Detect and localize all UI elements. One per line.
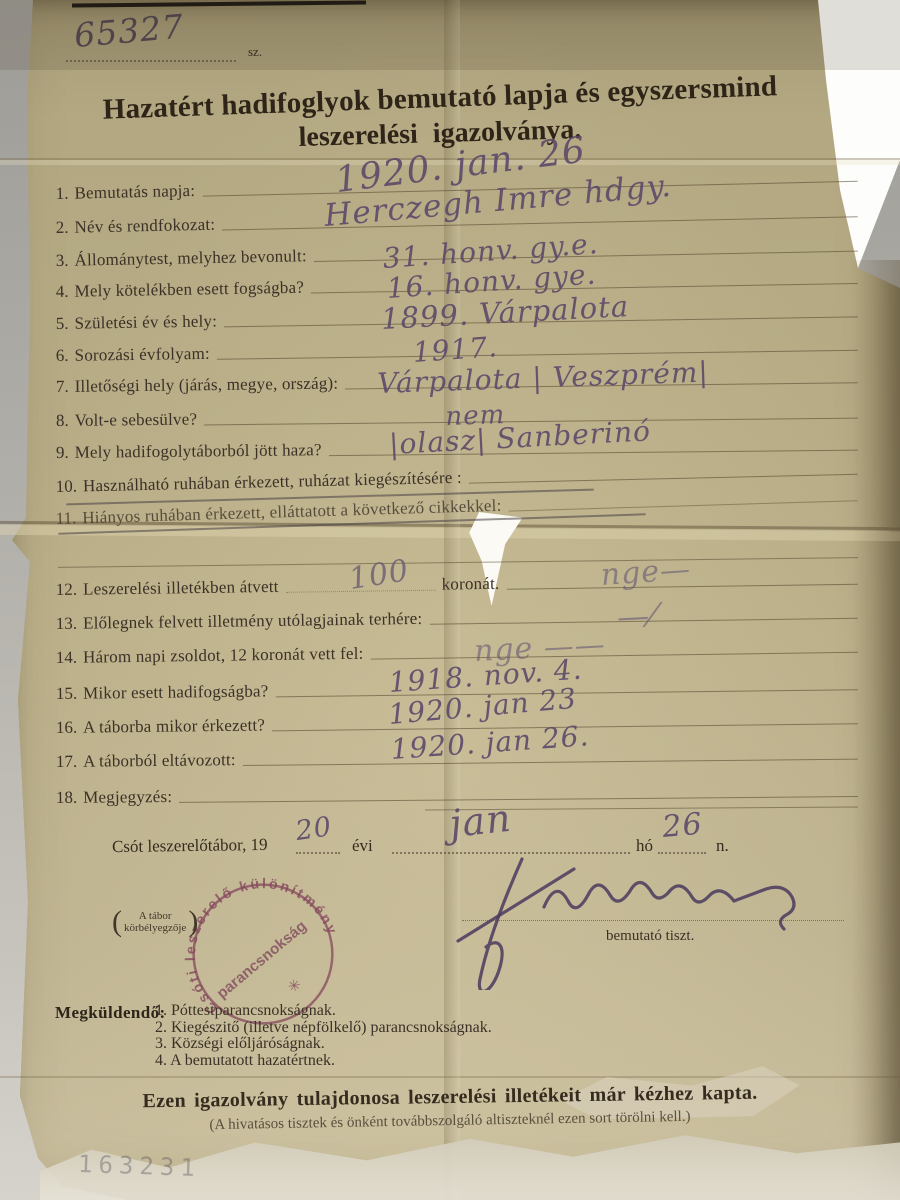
row-number: 2. [56,218,75,238]
row-number: 1. [56,184,75,204]
row-label: Mely hadifogolytáborból jött haza? [75,440,329,463]
stamp-note: ( A tábor körbélyegzője ) [112,905,198,939]
recipient-item: 1. Póttestparancsnokságnak. [155,1003,492,1020]
svg-text:Csóti leszerelő különítmény: Csóti leszerelő különítmény [172,865,351,1019]
rule-line [179,796,858,803]
signature-caption: bemutató tiszt. [606,928,694,945]
row-number: 4. [56,282,75,302]
camp-month-handwritten: jan [447,796,513,846]
unit-label: koronát. [441,574,506,595]
row-number: 14. [56,648,84,668]
row-label: Születési év és hely: [74,311,224,333]
row-label: Mikor esett hadifogságba? [83,681,276,703]
row-label: A táborba mikor érkezett? [83,715,272,737]
stamp-note-line2: körbélyegzője [124,922,186,934]
camp-year-handwritten: 20 [294,811,334,847]
row-label: Leszerelési illetékben átvett [83,577,286,600]
close-paren: ) [188,905,198,939]
row-number: 6. [56,346,75,366]
row-number: 18. [56,788,83,808]
serial-dotted-line [66,60,236,62]
camp-evi-label: évi [352,836,373,856]
row-label: Három napi zsoldot, 12 koronát vett fel: [83,644,371,668]
row-number: 15. [56,684,83,704]
row-number: 3. [56,251,75,271]
row-number: 9. [56,443,75,463]
row-label: A táborból eltávozott: [83,750,243,772]
row-number: 16. [56,718,83,738]
megkuldendo-label: Megküldendő: [55,1003,166,1023]
row-label: Volt-e sebesülve? [75,409,205,430]
recipient-item: 3. Községi előljáróságnak. [155,1036,492,1053]
stamp-star-icon: ✳ [287,977,302,996]
recipients-list: 1. Póttestparancsnokságnak. 2. Kiegészit… [155,1003,492,1069]
row-number: 7. [56,377,75,397]
camp-day-handwritten: 26 [661,807,704,845]
dotted-line [296,852,340,854]
open-paren: ( [112,905,122,939]
row-number: 8. [56,411,75,431]
row-number: 11. [55,508,82,529]
row-label: Megjegyzés: [83,787,179,808]
row-number: 5. [56,314,75,334]
row-number: 10. [56,476,84,497]
row-number: 17. [56,752,83,772]
answer-13-scribble: —⁄ [616,596,657,636]
row-number: 12. [56,580,84,600]
row-label: Mely kötelékben esett fogságba? [74,278,311,302]
stamp-note-line1: A tábor [124,910,186,922]
row-label: Név és rendfokozat: [74,215,222,238]
stamp-ring-text: Csóti leszerelő különítmény [172,865,351,1019]
row-number: 13. [56,614,84,634]
row-label: Illetőségi hely (járás, megye, ország): [75,373,346,396]
signature [452,845,847,990]
faint-number-stamp: 163231 [78,1150,202,1182]
row-label: Bemutatás napja: [74,181,202,204]
serial-suffix: sz. [248,44,262,60]
answer-12-scribble: nge— [600,552,693,593]
camp-line-prefix: Csót leszerelőtábor, 19 [112,835,268,857]
recipient-item: 2. Kiegészitő (illetve népfölkelő) paran… [155,1020,492,1037]
stamp-note-text: A tábor körbélyegzője [122,910,188,934]
recipient-item: 4. A bemutatott hazatértnek. [155,1053,492,1070]
photo-of-document: 65327 sz. Hazatért hadifoglyok bemutató … [0,0,900,1200]
row-label: Sorozási évfolyam: [74,344,217,366]
